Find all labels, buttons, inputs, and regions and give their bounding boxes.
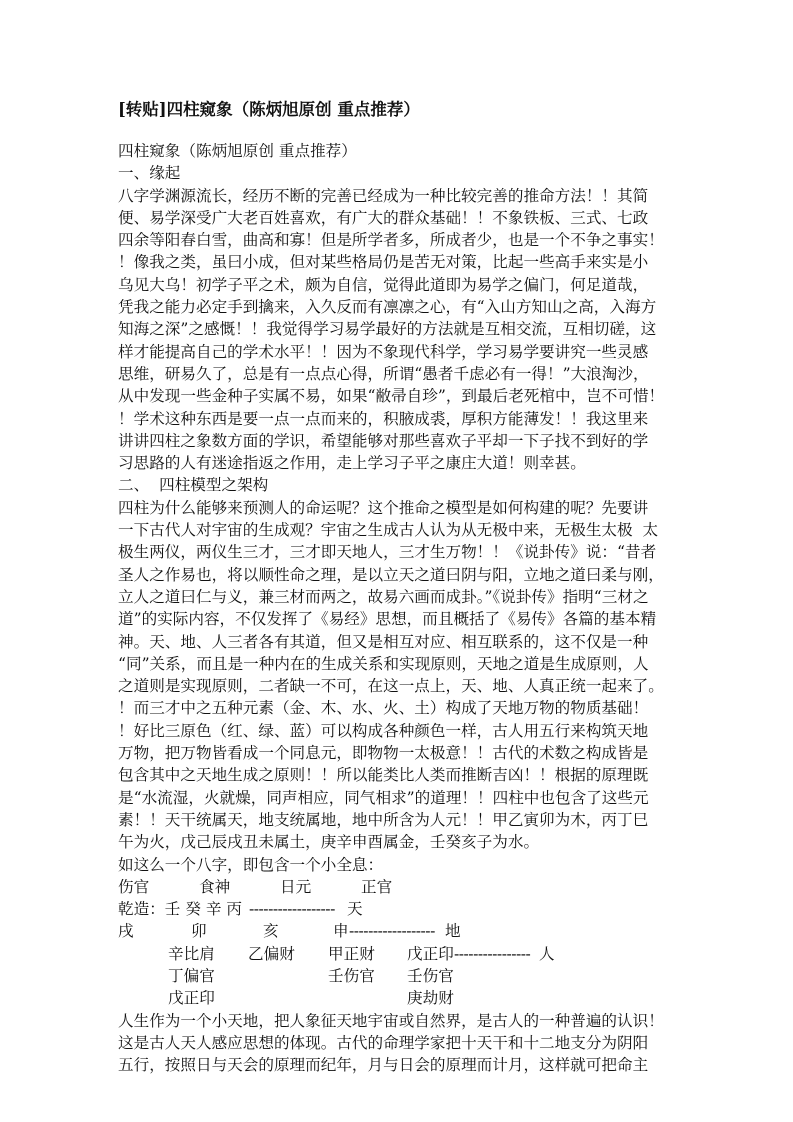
text-line: 讲讲四柱之象数方面的学识，希望能够对那些喜欢子平却一下子找不到好的学 <box>118 430 680 452</box>
text-line: 思维，研易久了，总是有一点点心得，所谓“愚者千虑必有一得！”大浪淘沙， <box>118 363 680 385</box>
document-subtitle: 四柱窥象（陈炳旭原创 重点推荐） <box>118 140 680 162</box>
hidden-stem: 辛比肩 <box>168 943 215 965</box>
text-line: ！学术这种东西是要一点一点而来的，积腋成裘，厚积方能薄发！！我这里来 <box>118 408 680 430</box>
branch-hour: 申 <box>333 920 349 942</box>
hidden-stem: 乙偏财 <box>248 943 295 965</box>
text-line: ！而三才中之五种元素（金、木、水、火、土）构成了天地万物的物质基础！ <box>118 697 680 719</box>
text-line: 四柱为什么能够来预测人的命运呢？这个推命之模型是如何构建的呢？先要讲 <box>118 497 680 519</box>
branches-row: 戌 卯 亥 申 ------------------ 地 <box>118 920 680 942</box>
text-line: 乌见大乌！初学子平之术，颇为自信，觉得此道即为易学之偏门，何足道哉， <box>118 274 680 296</box>
text-line: 午为火，戊己辰戌丑未属土，庚辛申酉属金，壬癸亥子为水。 <box>118 831 680 853</box>
stems-dashes: ------------------ <box>249 898 335 920</box>
text-line: ！好比三原色（红、绿、蓝）可以构成各种颜色一样，古人用五行来构筑天地 <box>118 720 680 742</box>
branches-earth-label: 地 <box>445 920 461 942</box>
section-heading-origin: 一、缘起 <box>118 162 680 184</box>
stems-heaven-label: 天 <box>347 898 363 920</box>
hidden-stem: 壬伤官 <box>407 965 454 987</box>
paragraph-closing: 人生作为一个小天地，把人象征天地宇宙或自然界，是古人的一种普遍的认识！ 这是古人… <box>118 1010 680 1077</box>
bazi-chart: 伤官 食神 日元 正官 乾造：壬 癸 辛 丙 -----------------… <box>118 876 680 1010</box>
paragraph-model: 四柱为什么能够来预测人的命运呢？这个推命之模型是如何构建的呢？先要讲 一下古代人… <box>118 497 680 876</box>
hidden-stems-row-1: 辛比肩 乙偏财 甲正财 戊正印 ---------------- 人 <box>118 943 680 965</box>
hidden-stem: 壬伤官 <box>328 965 375 987</box>
text-line: 是“水流湿，火就燥，同声相应，同气相求”的道理！！四柱中也包含了这些元 <box>118 787 680 809</box>
document-title: [转贴]四柱窥象（陈炳旭原创 重点推荐） <box>118 96 420 120</box>
ten-god-day: 日元 <box>280 876 311 898</box>
text-line: 如这么一个八字，即包含一个小全息： <box>118 854 680 876</box>
hidden-person-label: 人 <box>539 943 555 965</box>
hidden-stem: 甲正财 <box>328 943 375 965</box>
text-line: 圣人之作易也，将以顺性命之理，是以立天之道曰阴与阳，立地之道曰柔与刚， <box>118 564 680 586</box>
hidden-stems-row-3: 戊正印 庚劫财 <box>118 987 680 1009</box>
ten-god-hour: 正官 <box>361 876 392 898</box>
branch-day: 亥 <box>263 920 279 942</box>
text-line: 知海之深”之感慨！！我觉得学习易学最好的方法就是互相交流，互相切磋，这 <box>118 318 680 340</box>
branch-year: 戌 <box>118 920 134 942</box>
ten-god-month: 食神 <box>199 876 230 898</box>
text-line: “同”关系，而且是一种内在的生成关系和实现原则，天地之道是生成原则，人 <box>118 653 680 675</box>
text-line: 素！！天干统属天，地支统属地，地中所含为人元！！甲乙寅卯为木，丙丁巳 <box>118 809 680 831</box>
text-line: ！像我之类，虽曰小成，但对某些格局仍是苦无对策，比起一些高手来实是小 <box>118 251 680 273</box>
text-line: 包含其中之天地生成之原则！！所以能类比人类而推断吉凶！！根据的原理既 <box>118 764 680 786</box>
hidden-stem: 丁偏官 <box>168 965 215 987</box>
text-line: 习思路的人有迷途指返之作用，走上学习子平之康庄大道！则幸甚。 <box>118 452 680 474</box>
ten-gods-row: 伤官 食神 日元 正官 <box>118 876 680 898</box>
text-line: 道”的实际内容，不仅发挥了《易经》思想，而且概括了《易传》各篇的基本精 <box>118 608 680 630</box>
text-line: 四余等阳春白雪，曲高和寡！但是所学者多，所成者少，也是一个不争之事实！ <box>118 229 680 251</box>
stems-row: 乾造：壬 癸 辛 丙 ------------------ 天 <box>118 898 680 920</box>
text-line: 人生作为一个小天地，把人象征天地宇宙或自然界，是古人的一种普遍的认识！ <box>118 1010 680 1032</box>
text-line: 之道则是实现原则，二者缺一不可，在这一点上，天、地、人真正统一起来了。 <box>118 675 680 697</box>
text-line: 立人之道曰仁与义，兼三材而两之，故易六画而成卦。”《说卦传》指明“三材之 <box>118 586 680 608</box>
branches-dashes: ------------------ <box>349 920 435 942</box>
hidden-dashes: ---------------- <box>454 943 530 965</box>
text-line: 凭我之能力必定手到擒来，入久反而有凛凛之心，有“入山方知山之高，入海方 <box>118 296 680 318</box>
text-line: 便、易学深受广大老百姓喜欢，有广大的群众基础！！不象铁板、三式、七政 <box>118 207 680 229</box>
branch-month: 卯 <box>191 920 207 942</box>
text-line: 极生两仪，两仪生三才，三才即天地人，三才生万物！！《说卦传》说：“昔者 <box>118 541 680 563</box>
text-line: 神。天、地、人三者各有其道，但又是相互对应、相互联系的，这不仅是一种 <box>118 631 680 653</box>
hidden-stem: 戊正印 <box>407 943 454 965</box>
text-line: 一下古代人对宇宙的生成观？宇宙之生成古人认为从无极中来，无极生太极 太 <box>118 519 680 541</box>
document-body: 四柱窥象（陈炳旭原创 重点推荐） 一、缘起 八字学渊源流长，经历不断的完善已经成… <box>118 140 680 1076</box>
text-line: 万物，把万物皆看成一个同息元，即物物一太极意！！古代的术数之构成皆是 <box>118 742 680 764</box>
hidden-stem: 戊正印 <box>168 987 215 1009</box>
section-heading-model: 二、 四柱模型之架构 <box>118 474 680 496</box>
stems-label: 乾造：壬 癸 辛 丙 <box>118 898 242 920</box>
text-line: 五行，按照日与天会的原理而纪年，月与日会的原理而计月，这样就可把命主 <box>118 1054 680 1076</box>
paragraph-origin: 八字学渊源流长，经历不断的完善已经成为一种比较完善的推命方法！！其简 便、易学深… <box>118 185 680 475</box>
text-line: 这是古人天人感应思想的体现。古代的命理学家把十天干和十二地支分为阴阳 <box>118 1032 680 1054</box>
hidden-stem: 庚劫财 <box>407 987 454 1009</box>
ten-god-year: 伤官 <box>118 876 149 898</box>
text-line: 八字学渊源流长，经历不断的完善已经成为一种比较完善的推命方法！！其简 <box>118 185 680 207</box>
hidden-stems-row-2: 丁偏官 壬伤官 壬伤官 <box>118 965 680 987</box>
text-line: 从中发现一些金种子实属不易，如果“敝帚自珍”，到最后老死棺中，岂不可惜！ <box>118 385 680 407</box>
text-line: 样才能提高自己的学术水平！！因为不象现代科学，学习易学要讲究一些灵感 <box>118 341 680 363</box>
